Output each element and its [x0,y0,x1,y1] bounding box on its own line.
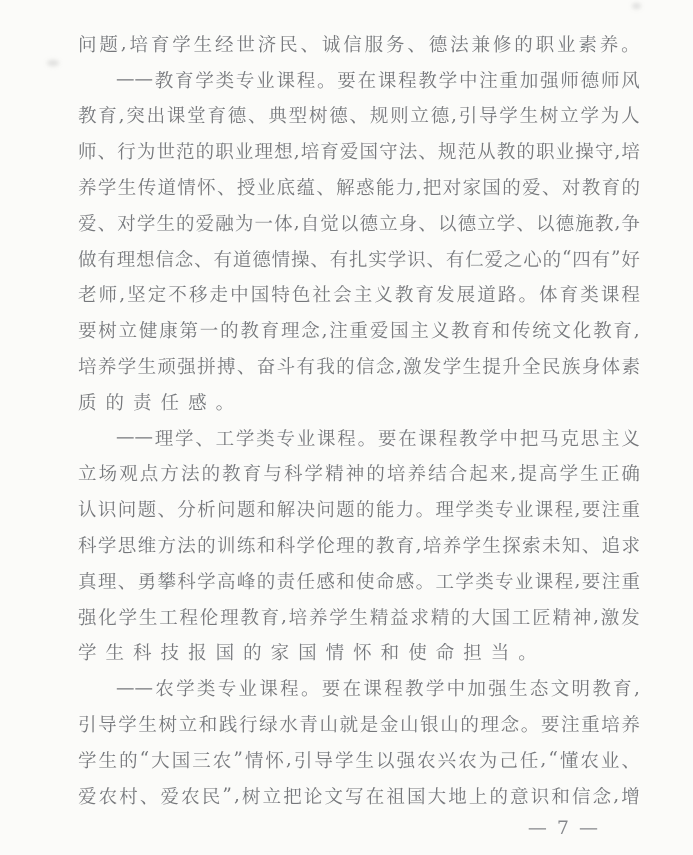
text-line: 做有理想信念、有道德情操、有扎实学识、有仁爱之心的“四有”好 [78,241,640,277]
scan-smudge-artifact [47,60,59,66]
text-line: 培养学生顽强拼搏、奋斗有我的信念,激发学生提升全民族身体素 [78,348,640,384]
text-line: 爱、对学生的爱融为一体,自觉以德立身、以德立学、以德施教,争 [78,205,640,241]
text-line: 强化学生工程伦理教育,培养学生精益求精的大国工匠精神,激发 [78,599,640,635]
text-line: 真理、勇攀科学高峰的责任感和使命感。工学类专业课程,要注重 [78,563,640,599]
text-line: 要树立健康第一的教育理念,注重爱国主义教育和传统文化教育, [78,312,640,348]
page-footer: — 7 — [528,817,600,839]
scan-smudge-artifact [632,3,641,9]
text-line: 引导学生树立和践行绿水青山就是金山银山的理念。要注重培养 [78,706,640,742]
text-line: 学生科技报国的家国情怀和使命担当。 [78,635,640,671]
text-line: 认识问题、分析问题和解决问题的能力。理学类专业课程,要注重 [78,491,640,527]
text-line: 教育,突出课堂育德、典型树德、规则立德,引导学生树立学为人 [78,98,640,134]
text-line: 问题,培育学生经世济民、诚信服务、德法兼修的职业素养。 [78,26,640,62]
document-body: 问题,培育学生经世济民、诚信服务、德法兼修的职业素养。——教育学类专业课程。要在… [78,26,640,814]
text-line: 科学思维方法的训练和科学伦理的教育,培养学生探索未知、追求 [78,527,640,563]
text-line: 老师,坚定不移走中国特色社会主义教育发展道路。体育类课程 [78,277,640,313]
text-line: ——理学、工学类专业课程。要在课程教学中把马克思主义 [78,420,640,456]
text-line: 质的责任感。 [78,384,640,420]
text-line: ——教育学类专业课程。要在课程教学中注重加强师德师风 [78,62,640,98]
text-line: 立场观点方法的教育与科学精神的培养结合起来,提高学生正确 [78,456,640,492]
page-number: — 7 — [528,817,600,839]
document-page: 问题,培育学生经世济民、诚信服务、德法兼修的职业素养。——教育学类专业课程。要在… [0,0,693,855]
text-line: 学生的“大国三农”情怀,引导学生以强农兴农为己任,“懂农业、 [78,742,640,778]
text-line: ——农学类专业课程。要在课程教学中加强生态文明教育, [78,670,640,706]
text-line: 爱农村、爱农民”,树立把论文写在祖国大地上的意识和信念,增 [78,778,640,814]
text-line: 师、行为世范的职业理想,培育爱国守法、规范从教的职业操守,培 [78,133,640,169]
text-line: 养学生传道情怀、授业底蕴、解惑能力,把对家国的爱、对教育的 [78,169,640,205]
